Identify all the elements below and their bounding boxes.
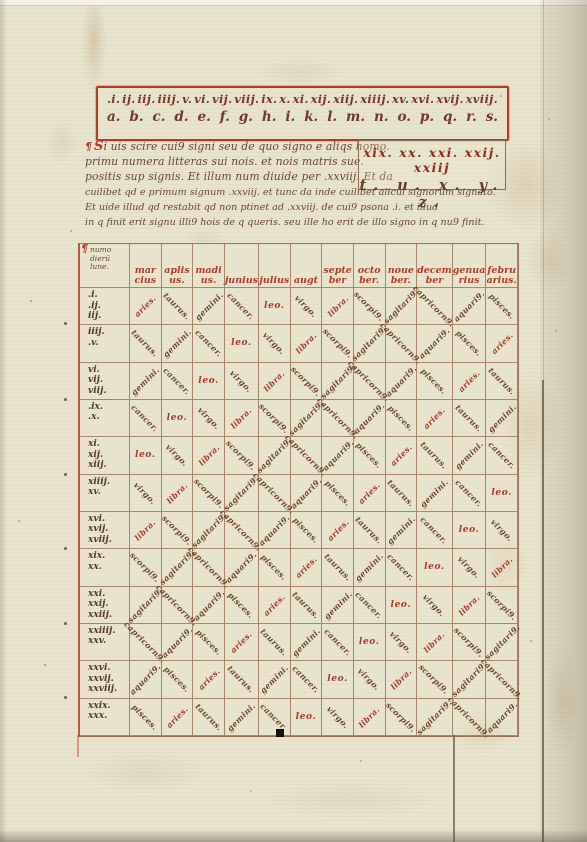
key-numeral: xiij. [333, 92, 358, 106]
key-numeral: ix. [261, 92, 277, 106]
zodiac-cell: gemini. [162, 325, 194, 362]
zodiac-cell: aquari9. [486, 699, 518, 736]
moon-day-numeral: .i. [88, 290, 129, 301]
zodiac-cell: leo. [486, 475, 518, 512]
zodiac-cell: taurus. [322, 549, 354, 586]
zodiac-cell: aquari9. [417, 325, 453, 362]
zodiac-cell: cancer. [322, 624, 354, 661]
zodiac-sign-name: taurus. [354, 515, 385, 546]
key-numeral: ij. [122, 92, 135, 106]
month-name-line2: ber. [391, 276, 411, 286]
zodiac-cell: virgo. [486, 512, 518, 549]
zodiac-sign-name: aquari9. [451, 289, 486, 324]
zodiac-sign-name: cancer. [453, 477, 484, 508]
zodiac-sign-name: aquari9. [257, 513, 292, 548]
zodiac-sign-name: taurus. [290, 589, 321, 620]
zodiac-sign-name: libra. [196, 443, 221, 468]
zodiac-cell: leo. [417, 549, 453, 586]
moon-day-label: xix.xx. [80, 549, 130, 586]
zodiac-cell: scorpi9. [225, 437, 259, 474]
zodiac-cell: aries. [225, 624, 259, 661]
zodiac-cell: scorpi9. [386, 699, 418, 736]
moon-day-numeral: viij. [88, 386, 129, 397]
zodiac-cell: aquari9. [322, 437, 354, 474]
zodiac-cell: aries. [386, 437, 418, 474]
moon-day-numeral: xij. [88, 450, 129, 461]
zodiac-cell: aries. [354, 475, 386, 512]
zodiac-sign-name: cancer. [193, 328, 224, 359]
zodiac-cell: sagitari9. [354, 325, 386, 362]
zodiac-cell: cancer. [453, 475, 487, 512]
key-letter: p. [420, 109, 434, 125]
paraph-mark: ¶ [81, 245, 88, 254]
zodiac-sign-name: aquari9. [417, 326, 452, 361]
zodiac-sign-name: aquari9. [484, 699, 519, 734]
moon-day-numeral: .ix. [88, 402, 129, 413]
instruction-text: i uis scire cui9 signi seu de quo signo … [103, 140, 389, 153]
zodiac-cell: virgo. [354, 661, 386, 698]
key-letter: k. [304, 109, 318, 125]
zodiac-sign-name: pisces. [162, 664, 192, 694]
zodiac-sign-name: aries. [489, 331, 515, 357]
zodiac-sign-name: taurus. [193, 701, 224, 732]
extension-numerals: xix. xx. xxi. xxij. xxiij [359, 145, 505, 175]
zodiac-sign-name: pisces. [323, 478, 353, 508]
moon-day-label: xxi.xxij.xxiij. [80, 587, 130, 624]
zodiac-sign-name: virgo. [388, 629, 414, 655]
zodiac-sign-name: libra. [422, 630, 447, 655]
zodiac-cell: capricorn9. [193, 549, 225, 586]
zodiac-cell: sagitari9. [291, 400, 323, 437]
zodiac-cell: scorpi9. [130, 549, 162, 586]
month-header: genuarius [453, 244, 487, 288]
zodiac-cell: capricorn9. [130, 624, 162, 661]
zodiac-cell: cancer. [225, 288, 259, 325]
zodiac-sign-name: pisces. [454, 328, 484, 358]
zodiac-cell: taurus. [486, 363, 518, 400]
paraph-mark: ¶ [85, 140, 92, 153]
moon-day-numeral: iij. [88, 311, 129, 322]
zodiac-cell: sagitari9. [386, 288, 418, 325]
zodiac-sign-name: taurus. [385, 477, 416, 508]
moon-day-numeral: xx. [88, 562, 129, 573]
zodiac-sign-name: virgo. [421, 592, 447, 618]
zodiac-cell: gemini. [486, 400, 518, 437]
moon-day-numeral: xxvi. [88, 663, 129, 674]
zodiac-sign-name: pisces. [354, 440, 384, 470]
margin-dot [64, 398, 67, 401]
moon-day-numeral: .v. [88, 338, 129, 349]
zodiac-sign-name: gemini. [321, 589, 353, 621]
zodiac-cell: gemini. [354, 549, 386, 586]
moon-day-numeral: xxvij. [88, 674, 129, 685]
zodiac-sign-name: taurus. [322, 552, 353, 583]
zodiac-sign-name: leo. [491, 488, 512, 498]
month-header: december [417, 244, 453, 288]
zodiac-sign-name: aquari9. [320, 438, 355, 473]
zodiac-cell: scorpi9. [322, 325, 354, 362]
zodiac-cell: pisces. [386, 400, 418, 437]
margin-dot [64, 696, 67, 699]
zodiac-sign-name: aquari9. [352, 401, 387, 436]
zodiac-cell: gemini. [193, 288, 225, 325]
zodiac-cell: capricorn9. [322, 400, 354, 437]
zodiac-cell: pisces. [453, 325, 487, 362]
zodiac-cell: taurus. [386, 475, 418, 512]
key-numeral: xij. [311, 92, 332, 106]
zodiac-cell: virgo. [130, 475, 162, 512]
zodiac-sign-name: capricorn9. [411, 283, 457, 329]
zodiac-sign-name: pisces. [130, 702, 160, 732]
zodiac-sign-name: libra. [489, 555, 514, 580]
zodiac-cell: sagitari9. [453, 661, 487, 698]
page-left-edge [0, 0, 7, 842]
page-bottom-edge [0, 829, 587, 842]
zodiac-sign-name: cancer. [322, 627, 353, 658]
zodiac-sign-name: aries. [261, 592, 287, 618]
fore-edge-line [542, 380, 544, 842]
zodiac-cell: leo. [291, 699, 323, 736]
key-numeral: vi. [194, 92, 210, 106]
zodiac-cell: virgo. [453, 549, 487, 586]
zodiac-sign-name: cancer. [354, 589, 385, 620]
zodiac-sign-name: sagitari9. [482, 622, 521, 661]
key-letter: m. [346, 109, 365, 125]
zodiac-cell: pisces. [486, 288, 518, 325]
zodiac-sign-name: leo. [264, 301, 285, 311]
book-fore-edge [540, 0, 587, 842]
zodiac-cell: gemini. [453, 437, 487, 474]
month-header: julius [259, 244, 291, 288]
zodiac-sign-name: virgo. [456, 554, 482, 580]
zodiac-cell: taurus. [193, 699, 225, 736]
key-letter: b. [129, 109, 143, 125]
zodiac-cell: pisces. [322, 475, 354, 512]
key-letter: o. [397, 109, 410, 125]
zodiac-sign-name: taurus. [226, 664, 257, 695]
zodiac-sign-name: aquari9. [128, 662, 163, 697]
zodiac-sign-name: libra. [229, 406, 254, 431]
zodiac-cell: capricorn9. [417, 288, 453, 325]
zodiac-cell: scorpi9. [291, 363, 323, 400]
zodiac-sign-name: gemini. [290, 626, 322, 658]
zodiac-cell: taurus. [417, 437, 453, 474]
zodiac-cell: aquari9. [259, 512, 291, 549]
zodiac-sign-name: aquari9. [383, 363, 418, 398]
month-header: augt [291, 244, 323, 288]
zodiac-sign-name: leo. [296, 712, 317, 722]
zodiac-cell: aquari9. [354, 400, 386, 437]
zodiac-sign-name: virgo. [195, 405, 221, 431]
zodiac-cell: sagitari9. [162, 549, 194, 586]
month-name-line2: ber [329, 276, 347, 286]
ink-blot [276, 729, 284, 737]
zodiac-cell: taurus. [453, 400, 487, 437]
zodiac-cell: pisces. [130, 699, 162, 736]
zodiac-sign-name: pisces. [194, 627, 224, 657]
moon-day-numeral: .ij. [88, 301, 129, 312]
zodiac-sign-name: virgo. [132, 480, 158, 506]
margin-dot [64, 322, 67, 325]
key-letter: r. [466, 109, 477, 125]
number-letter-key-box: .i.ij.iij.iiij.v.vi.vij.viij.ix.x.xi.xij… [96, 86, 509, 141]
zodiac-sign-name: cancer. [161, 365, 192, 396]
manuscript-page: .i.ij.iij.iiij.v.vi.vij.viij.ix.x.xi.xij… [0, 0, 587, 842]
zodiac-cell: scorpi9. [486, 587, 518, 624]
zodiac-cell: aries. [291, 549, 323, 586]
zodiac-sign-name: virgo. [488, 517, 514, 543]
lunar-zodiac-table: ¶numodierūlune.marciusaplisus.madius.jun… [78, 243, 519, 737]
zodiac-sign-name: virgo. [228, 368, 254, 394]
month-name-line2: ber [426, 276, 444, 286]
zodiac-sign-name: cancer. [130, 403, 161, 434]
zodiac-sign-name: libra. [357, 704, 382, 729]
zodiac-cell: scorpi9. [453, 624, 487, 661]
key-numeral: iij. [137, 92, 155, 106]
column-ruling-extension [453, 735, 455, 842]
zodiac-cell: capricorn9. [291, 437, 323, 474]
zodiac-cell: scorpi9. [193, 475, 225, 512]
zodiac-sign-name: cancer. [290, 664, 321, 695]
zodiac-sign-name: leo. [231, 338, 252, 348]
zodiac-cell: taurus. [225, 661, 259, 698]
key-letter: g. [239, 109, 253, 125]
zodiac-sign-name: leo. [459, 525, 480, 535]
zodiac-sign-name: aquari9. [191, 587, 226, 622]
zodiac-sign-name: capricorn9. [219, 507, 265, 553]
zodiac-sign-name: aries. [196, 667, 222, 693]
margin-dot [64, 473, 67, 476]
month-name-line1: augt [294, 276, 318, 286]
zodiac-cell: pisces. [225, 587, 259, 624]
zodiac-cell: taurus. [259, 624, 291, 661]
key-extension-box: xix. xx. xxi. xxij. xxiij t. u. x. y. z. [358, 140, 506, 190]
moon-day-numeral: xiiij. [88, 477, 129, 488]
zodiac-sign-name: gemini. [225, 701, 257, 733]
zodiac-cell: capricorn9. [259, 475, 291, 512]
zodiac-cell: libra. [354, 699, 386, 736]
month-name-line2: us. [201, 276, 217, 286]
key-numeral: xv. [392, 92, 409, 106]
zodiac-sign-name: libra. [325, 294, 350, 319]
key-numeral: xvi. [411, 92, 434, 106]
key-letter: c. [153, 109, 166, 125]
zodiac-cell: capricorn9. [486, 661, 518, 698]
moon-day-numeral: xvij. [88, 524, 129, 535]
zodiac-cell: scorpi9. [354, 288, 386, 325]
zodiac-cell: scorpi9. [417, 661, 453, 698]
moon-day-label: xxiiij.xxv. [80, 624, 130, 661]
zodiac-sign-name: leo. [167, 413, 188, 423]
zodiac-sign-name: taurus. [161, 291, 192, 322]
zodiac-sign-name: taurus. [486, 365, 517, 396]
zodiac-sign-name: aries. [228, 629, 254, 655]
zodiac-cell: pisces. [162, 661, 194, 698]
zodiac-sign-name: aries. [132, 293, 158, 319]
moon-day-label: xxix.xxx. [80, 699, 130, 736]
moon-day-numeral: xxiij. [88, 610, 129, 621]
zodiac-cell: scorpi9. [162, 512, 194, 549]
zodiac-cell: sagitari9. [193, 512, 225, 549]
zodiac-cell: aries. [162, 699, 194, 736]
moon-day-label: .i..ij.iij. [80, 288, 130, 325]
zodiac-sign-name: gemini. [353, 551, 385, 583]
zodiac-sign-name: virgo. [356, 666, 382, 692]
zodiac-sign-name: gemini. [418, 477, 450, 509]
zodiac-cell: cancer. [386, 549, 418, 586]
margin-dot [64, 547, 67, 550]
zodiac-sign-name: taurus. [259, 627, 290, 658]
zodiac-sign-name: libra. [388, 667, 413, 692]
zodiac-sign-name: libra. [262, 368, 287, 393]
zodiac-cell: taurus. [354, 512, 386, 549]
zodiac-sign-name: cancer. [259, 701, 290, 732]
key-letter: q. [443, 109, 457, 125]
moon-day-label: iiij..v. [80, 325, 130, 362]
zodiac-sign-name: capricorn9. [479, 657, 525, 703]
zodiac-sign-name: gemini. [192, 290, 224, 322]
zodiac-sign-name: taurus. [419, 440, 450, 471]
moon-day-numeral: xiij. [88, 460, 129, 471]
moon-day-numeral: xxij. [88, 599, 129, 610]
moon-day-numeral: xviij. [88, 535, 129, 546]
zodiac-sign-name: pisces. [386, 403, 416, 433]
zodiac-cell: aries. [453, 363, 487, 400]
zodiac-sign-name: gemini. [161, 327, 193, 359]
month-name-line1: junius [225, 276, 258, 286]
zodiac-cell: libra. [259, 363, 291, 400]
zodiac-cell: capricorn9. [354, 363, 386, 400]
zodiac-sign-name: libra. [456, 592, 481, 617]
moon-day-label: xiiij.xv. [80, 475, 130, 512]
zodiac-sign-name: taurus. [130, 328, 161, 359]
zodiac-cell: capricorn9. [453, 699, 487, 736]
zodiac-sign-name: taurus. [453, 403, 484, 434]
month-header: septeber [322, 244, 354, 288]
letter-row: a.b.c.d.e.f.g.h.i.k.l.m.n.o.p.q.r.s. [98, 109, 507, 125]
zodiac-sign-name: libra. [133, 518, 158, 543]
zodiac-sign-name: pisces. [419, 366, 449, 396]
moon-day-label: xi.xij.xiij. [80, 437, 130, 474]
zodiac-cell: virgo. [291, 288, 323, 325]
moon-day-numeral: xxx. [88, 711, 129, 722]
zodiac-sign-name: leo. [424, 562, 445, 572]
fore-edge-line-faint [543, 0, 544, 380]
month-name-line2: us. [169, 276, 185, 286]
zodiac-cell: virgo. [386, 624, 418, 661]
zodiac-sign-name: virgo. [261, 330, 287, 356]
zodiac-cell: aquari9. [291, 475, 323, 512]
zodiac-cell: aries. [417, 400, 453, 437]
month-name-line1: julius [259, 276, 289, 286]
zodiac-cell: pisces. [193, 624, 225, 661]
zodiac-cell: gemini. [417, 475, 453, 512]
numeral-row: .i.ij.iij.iiij.v.vi.vij.viij.ix.x.xi.xij… [98, 92, 507, 106]
zodiac-cell: libra. [386, 661, 418, 698]
zodiac-sign-name: leo. [359, 637, 380, 647]
moon-day-label: .ix..x. [80, 400, 130, 437]
zodiac-cell: capricorn9. [225, 512, 259, 549]
month-header: junius [225, 244, 259, 288]
zodiac-sign-name: pisces. [226, 590, 256, 620]
zodiac-sign-name: leo. [198, 376, 219, 386]
key-letter: e. [198, 109, 211, 125]
moon-day-label: xvi.xvij.xviij. [80, 512, 130, 549]
key-letter: n. [374, 109, 389, 125]
zodiac-sign-name: leo. [391, 600, 412, 610]
key-numeral: xiiij. [360, 92, 390, 106]
zodiac-sign-name: scorpi9. [485, 588, 519, 622]
zodiac-cell: aries. [193, 661, 225, 698]
zodiac-cell: capricorn9. [386, 325, 418, 362]
margin-dot [64, 622, 67, 625]
zodiac-cell: gemini. [225, 699, 259, 736]
key-numeral: xvij. [436, 92, 464, 106]
moon-day-numeral: vij. [88, 375, 129, 386]
zodiac-sign-name: aries. [164, 704, 190, 730]
zodiac-sign-name: cancer. [226, 291, 257, 322]
zodiac-sign-name: gemini. [485, 402, 517, 434]
zodiac-sign-name: aries. [456, 368, 482, 394]
zodiac-cell: libra. [130, 512, 162, 549]
zodiac-sign-name: cancer. [385, 552, 416, 583]
moon-day-numeral: xxix. [88, 701, 129, 712]
zodiac-sign-name: virgo. [293, 293, 319, 319]
moon-day-numeral: .x. [88, 412, 129, 423]
zodiac-cell: pisces. [354, 437, 386, 474]
zodiac-cell: libra. [417, 624, 453, 661]
zodiac-cell: cancer. [162, 363, 194, 400]
moon-day-numeral: xvi. [88, 514, 129, 525]
zodiac-cell: leo. [193, 363, 225, 400]
zodiac-cell: cancer. [486, 437, 518, 474]
zodiac-cell: aquari9. [193, 587, 225, 624]
zodiac-sign-name: pisces. [487, 291, 517, 321]
month-name-line2: arius. [487, 276, 517, 286]
zodiac-sign-name: aquari9. [159, 625, 194, 660]
zodiac-cell: cancer. [130, 400, 162, 437]
key-numeral: x. [279, 92, 290, 106]
moon-day-numeral: vi. [88, 365, 129, 376]
zodiac-cell: virgo. [417, 587, 453, 624]
zodiac-sign-name: virgo. [324, 704, 350, 730]
zodiac-cell: cancer. [291, 661, 323, 698]
zodiac-cell: pisces. [417, 363, 453, 400]
zodiac-cell: virgo. [225, 363, 259, 400]
zodiac-cell: gemini. [291, 624, 323, 661]
zodiac-cell: taurus. [162, 288, 194, 325]
zodiac-cell: aries. [486, 325, 518, 362]
zodiac-cell: leo. [130, 437, 162, 474]
zodiac-cell: aries. [259, 587, 291, 624]
zodiac-cell: libra. [486, 549, 518, 586]
zodiac-cell: taurus. [291, 587, 323, 624]
zodiac-sign-name: leo. [135, 450, 156, 460]
zodiac-cell: leo. [453, 512, 487, 549]
zodiac-sign-name: scorpi9. [384, 700, 418, 734]
zodiac-cell: virgo. [322, 699, 354, 736]
zodiac-sign-name: aquari9. [224, 550, 259, 585]
zodiac-cell: leo. [386, 587, 418, 624]
zodiac-sign-name: cancer. [486, 440, 517, 471]
zodiac-sign-name: leo. [327, 674, 348, 684]
month-header: marcius [130, 244, 162, 288]
key-letter: s. [486, 109, 498, 125]
moon-day-label: vi.vij.viij. [80, 363, 130, 400]
zodiac-cell: virgo. [193, 400, 225, 437]
instruction-line: primu numera litteras sui nois. et nois … [85, 154, 356, 169]
moon-day-numeral: iiij. [88, 327, 129, 338]
